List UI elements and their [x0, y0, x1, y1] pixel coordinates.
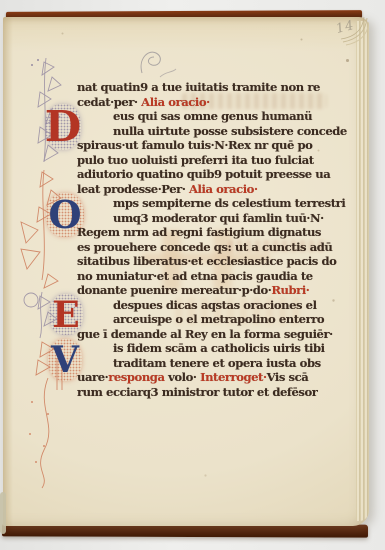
text-line: adiutorio quatino quib9 potuit preesse u… [77, 167, 343, 182]
text-line: no muniatur·et ad etna pacis gaudia te [77, 269, 343, 284]
text-line: arceuispe o el metrapolino enterro [77, 312, 343, 327]
body-text: donante puenire mereatur·p·do· [77, 283, 271, 297]
rubric-text: responga [108, 370, 168, 384]
body-text: despues dicas aqstas oraciones el [113, 298, 317, 312]
text-line: cedat·per· Alia oracio· [77, 95, 343, 110]
text-line: mps sempiterne ds celestium terrestri [77, 196, 343, 211]
text-block: nat quatin9 a tue iuitatis tramite non r… [77, 80, 343, 399]
text-line: rum ecciarq3 ministror tutor et defēsor [77, 385, 343, 400]
illuminated-initial-d: D [45, 104, 81, 150]
page-edges-right [356, 21, 369, 521]
text-line: Regem nrm ad regni fastigium dignatus [77, 225, 343, 240]
page-edge-bottom-left [0, 492, 6, 534]
text-line: leat prodesse·Per· Alia oracio· [77, 182, 343, 197]
body-text: rum ecciarq3 ministror tutor et defēsor [77, 385, 317, 399]
text-line: traditam tenere et opera iusta obs [77, 356, 343, 371]
text-line: gue ī demande al Rey en la forma seguiēr… [77, 327, 343, 342]
body-text: nat quatin9 a tue iuitatis tramite non r… [77, 80, 320, 94]
photo-background: 14 [0, 0, 385, 550]
body-text: volo· [168, 370, 200, 384]
body-text: Regem nrm ad regni fastigium dignatus [77, 225, 321, 239]
rubric-text: Rubri· [271, 283, 309, 297]
text-line: donante puenire mereatur·p·do·Rubri· [77, 283, 343, 298]
text-line: uare·responga volo· Interroget·Vis scā [77, 370, 343, 385]
page-gutter-shadow [3, 17, 13, 526]
text-line: nat quatin9 a tue iuitatis tramite non r… [77, 80, 343, 95]
body-text: es prouehere concede qs: ut a cunctis ad… [77, 240, 332, 254]
text-line: despues dicas aqstas oraciones el [77, 298, 343, 313]
body-text: arceuispe o el metrapolino enterro [113, 312, 324, 326]
text-line: spiraus·ut famulo tuis·N·Rex nr quē po [77, 138, 343, 153]
body-text: mps sempiterne ds celestium terrestri [113, 196, 345, 210]
rubric-text: Interroget· [200, 370, 266, 384]
body-text: gue ī demande al Rey en la forma seguiēr… [77, 327, 333, 341]
body-text: spiraus·ut famulo tuis·N·Rex nr quē po [77, 138, 312, 152]
text-line: sitatibus liberatus·et ecclesiastice pac… [77, 254, 343, 269]
body-text: Vis scā [267, 370, 309, 384]
text-line: eus qui sas omne genus humanü [77, 109, 343, 124]
body-text: eus qui sas omne genus humanü [113, 109, 312, 123]
rubric-text: Alia oracio· [141, 95, 210, 109]
body-text: cedat·per· [77, 95, 141, 109]
body-text: sitatibus liberatus·et ecclesiastice pac… [77, 254, 336, 268]
text-line: is fidem scām a catholicis uiris tibi [77, 341, 343, 356]
body-text: uare· [77, 370, 108, 384]
text-line: pulo tuo uoluisti preferri ita tuo fulci… [77, 153, 343, 168]
margin-squiggle-icon [138, 47, 182, 81]
text-line: nulla uirtute posse subsistere concede [77, 124, 343, 139]
body-text: adiutorio quatino quib9 potuit preesse u… [77, 167, 330, 181]
text-line: es prouehere concede qs: ut a cunctis ad… [77, 240, 343, 255]
body-text: leat prodesse·Per· [77, 182, 189, 196]
body-text: traditam tenere et opera iusta obs [113, 356, 321, 370]
body-text: pulo tuo uoluisti preferri ita tuo fulci… [77, 153, 314, 167]
body-text: nulla uirtute posse subsistere concede [113, 124, 347, 138]
parchment-stains [0, 0, 1, 1]
body-text: is fidem scām a catholicis uiris tibi [113, 341, 325, 355]
body-text: no muniatur·et ad etna pacis gaudia te [77, 269, 313, 283]
body-text: umq3 moderator qui famlin tuū·N· [113, 211, 324, 225]
text-line: umq3 moderator qui famlin tuū·N· [77, 211, 343, 226]
rubric-text: Alia oracio· [189, 182, 258, 196]
